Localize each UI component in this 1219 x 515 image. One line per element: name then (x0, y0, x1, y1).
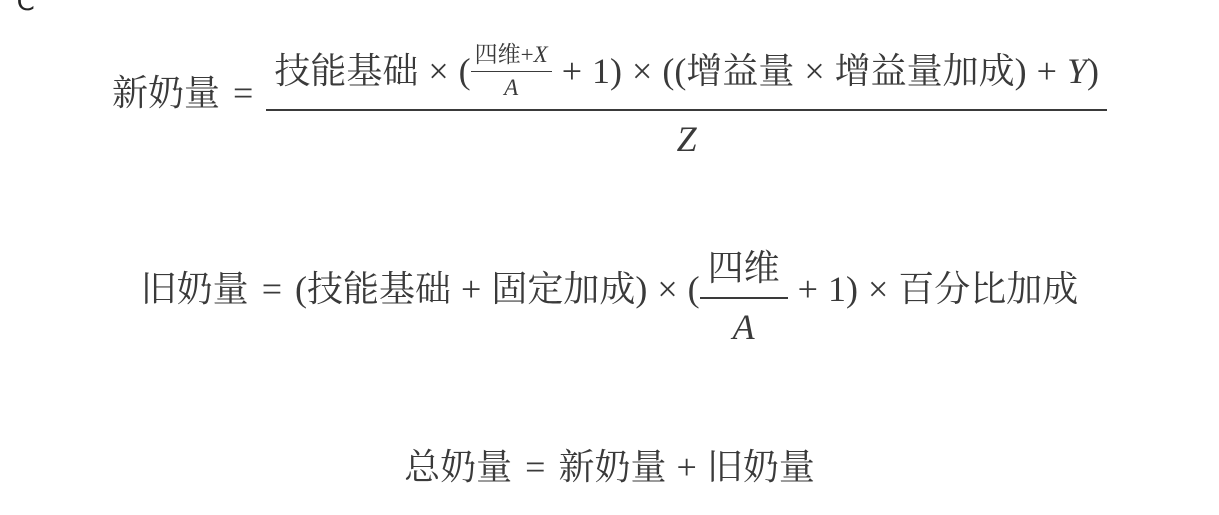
number-one: 1 (828, 269, 846, 310)
gain-bonus-label: 增益量加成 (835, 51, 1015, 92)
variable-x: X (534, 42, 548, 68)
close-paren: ) (610, 51, 622, 92)
stats-plus-x-over-a-fraction: 四维+ X A (471, 42, 552, 102)
clipped-glyph: ℃ (6, 0, 35, 14)
multiply-sign: × (428, 51, 448, 92)
new-milk-main-fraction: 技能基础 × ( 四维+ X A + 1 ) × (( 增益量 × 增益量加成 … (266, 42, 1107, 160)
open-paren: ( (459, 51, 471, 92)
skill-base-label: 技能基础 (274, 51, 418, 92)
variable-y: Y (1067, 51, 1087, 92)
gain-amount-label: 增益量 (686, 51, 794, 92)
multiply-sign: × (632, 51, 652, 92)
skill-base-label: 技能基础 (307, 269, 451, 310)
fixed-bonus-label: 固定加成 (491, 269, 635, 310)
plus-sign: + (1037, 51, 1057, 92)
total-milk-lhs-label: 总奶量 (404, 447, 512, 488)
variable-a: A (733, 307, 755, 348)
equals-sign: = (233, 73, 253, 114)
multiply-sign: × (868, 269, 888, 310)
variable-z: Z (677, 119, 697, 160)
four-stats-text: 四维 (708, 248, 780, 289)
old-frac-denominator: A (700, 297, 788, 348)
multiply-sign: × (804, 51, 824, 92)
percent-bonus-label: 百分比加成 (898, 269, 1078, 310)
new-milk-denominator: Z (266, 109, 1107, 160)
new-milk-numerator: 技能基础 × ( 四维+ X A + 1 ) × (( 增益量 × 增益量加成 … (266, 42, 1107, 109)
variable-a: A (504, 75, 518, 101)
close-paren: ) (1015, 51, 1027, 92)
plus-sign: + (677, 447, 697, 488)
clipped-top-text-fragment: ℃ (6, 0, 66, 14)
stats-plus-x-numerator: 四维+ X (471, 42, 552, 71)
open-paren: ( (295, 269, 307, 310)
plus-sign: + (798, 269, 818, 310)
open-paren: ( (688, 269, 700, 310)
equals-sign: = (262, 269, 282, 310)
old-milk-lhs-label: 旧奶量 (141, 269, 249, 310)
plus-sign: + (562, 51, 582, 92)
multiply-sign: × (657, 269, 677, 310)
new-milk-lhs-label: 新奶量 (112, 73, 220, 114)
formula-new-milk: 新奶量 = 技能基础 × ( 四维+ X A + 1 ) × (( 增益量 × … (0, 40, 1219, 162)
four-stats-plus-label: 四维+ (475, 42, 534, 68)
number-one: 1 (592, 51, 610, 92)
inner-frac-denominator: A (471, 71, 552, 101)
close-paren: ) (635, 269, 647, 310)
close-paren: ) (1087, 51, 1099, 92)
close-paren: ) (846, 269, 858, 310)
equals-sign: = (525, 447, 545, 488)
formula-total-milk: 总奶量 = 新奶量 + 旧奶量 (0, 438, 1219, 498)
stats-over-a-fraction: 四维 A (700, 248, 788, 348)
new-milk-term-label: 新奶量 (558, 447, 666, 488)
old-milk-term-label: 旧奶量 (707, 447, 815, 488)
four-stats-label: 四维 (700, 248, 788, 296)
plus-sign: + (461, 269, 481, 310)
formula-old-milk: 旧奶量 = ( 技能基础 + 固定加成 ) × ( 四维 A + 1 ) × 百… (0, 240, 1219, 340)
double-open-paren: (( (662, 51, 686, 92)
